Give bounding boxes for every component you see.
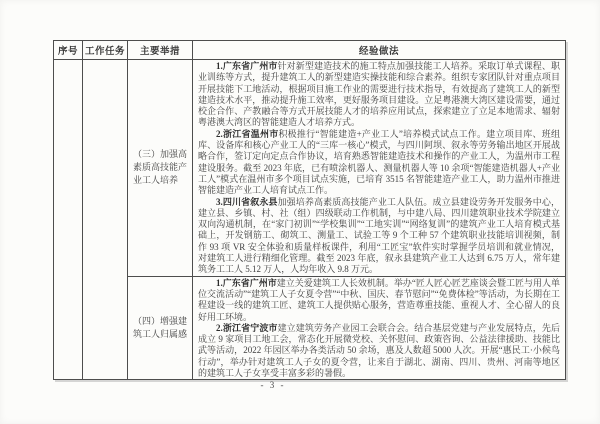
document-page: 序号 工作任务 主要举措 经验做法 （三）加强高素质高技能产业工人培养 1.广东…: [0, 0, 600, 424]
header-experience: 经验做法: [193, 41, 566, 60]
table-header-row: 序号 工作任务 主要举措 经验做法: [54, 41, 566, 60]
header-work-task: 工作任务: [83, 41, 128, 60]
practice-paragraph: 3.四川省叙永县加强培养高素质高技能产业工人队伍。成立县建设劳务开发服务中心，建…: [198, 197, 560, 276]
practice-lead: 2.浙江省温州市: [216, 129, 278, 139]
practice-lead: 2.浙江省宁波市: [216, 323, 278, 333]
cell-measure-4: （四）增强建筑工人归属感: [128, 276, 193, 380]
practice-paragraph: 2.浙江省宁波市建立建筑劳务产业园工会联合会。结合基层党建与产业发展特点，先后成…: [198, 323, 560, 379]
practice-paragraph: 1.广东省广州市建立关爱建筑工人长效机制。举办“匠人匠心匠艺座谈会暨工匠与用人单…: [198, 278, 560, 323]
practice-paragraph: 2.浙江省温州市积极推行“智能建造+产业工人”培养模式试点工作。建立项目库、班组…: [198, 129, 560, 197]
practice-lead: 3.四川省叙永县: [216, 197, 278, 207]
cell-work-task-empty: [83, 60, 128, 380]
practice-lead: 1.广东省广州市: [216, 278, 277, 288]
cell-serial-number-empty: [54, 60, 83, 380]
header-main-measure: 主要举措: [128, 41, 193, 60]
cell-practices-3: 1.广东省广州市针对新型建造技术的施工特点加强技能工人培养。采取订单式课程、职业…: [193, 60, 566, 277]
cell-measure-3: （三）加强高素质高技能产业工人培养: [128, 60, 193, 277]
practice-lead: 1.广东省广州市: [216, 61, 278, 71]
header-serial-number: 序号: [54, 41, 83, 60]
table-row: （三）加强高素质高技能产业工人培养 1.广东省广州市针对新型建造技术的施工特点加…: [54, 60, 566, 277]
experience-table: 序号 工作任务 主要举措 经验做法 （三）加强高素质高技能产业工人培养 1.广东…: [53, 40, 566, 380]
practice-paragraph: 1.广东省广州市针对新型建造技术的施工特点加强技能工人培养。采取订单式课程、职业…: [198, 61, 560, 129]
cell-practices-4: 1.广东省广州市建立关爱建筑工人长效机制。举办“匠人匠心匠艺座谈会暨工匠与用人单…: [193, 276, 566, 380]
page-number: - 3 -: [243, 380, 303, 390]
table-row: （四）增强建筑工人归属感 1.广东省广州市建立关爱建筑工人长效机制。举办“匠人匠…: [54, 276, 566, 380]
